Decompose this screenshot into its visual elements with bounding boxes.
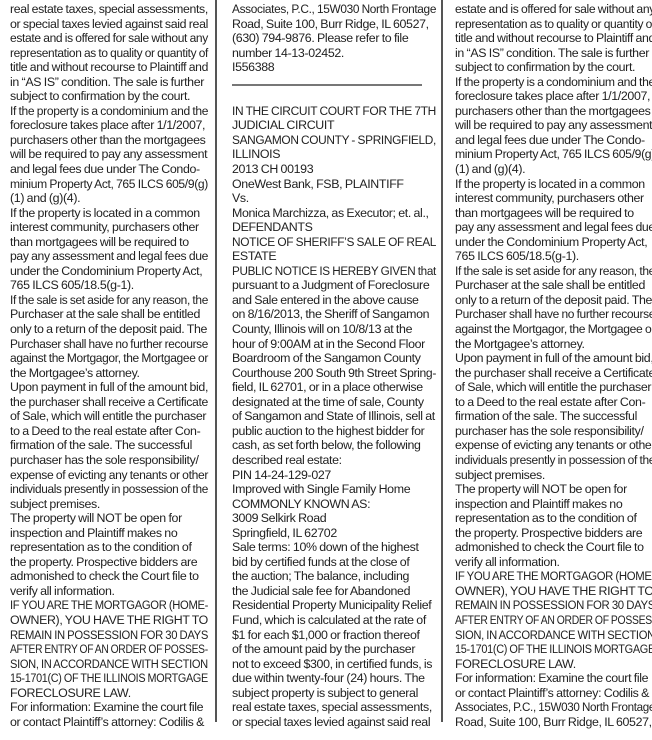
text-line: subject property is subject to general (232, 686, 418, 701)
text-line: pay any assessment and legal fees due (10, 249, 208, 264)
text-line: the purchaser shall receive a Certificat… (455, 366, 652, 381)
text-line: AFTER ENTRY OF AN ORDER OF POSSES- (10, 642, 208, 657)
text-line: will be required to pay any assessment (10, 147, 207, 162)
column-1-notice-text: real estate taxes, special assessments,o… (10, 2, 208, 729)
text-line: and Sale entered in the above cause (232, 293, 419, 308)
text-line: representation as to quality or quantity… (10, 46, 208, 61)
text-line: subject to confirmation by the court. (10, 89, 190, 104)
text-line: in “AS IS” condition. The sale is furthe… (10, 75, 204, 90)
text-line: (1) and (g)(4). (455, 162, 525, 177)
column-3-notice-text: estate and is offered for sale without a… (455, 2, 652, 729)
text-line: individuals presently in possession of t… (455, 453, 652, 468)
text-line: SION, IN ACCORDANCE WITH SECTION (10, 657, 208, 672)
text-line: ESTATE (232, 249, 276, 264)
text-line: OneWest Bank, FSB, PLAINTIFF (232, 177, 404, 192)
text-line: If the property is a condominium and the (10, 104, 208, 119)
text-line: of Sale, which will entitle the purchase… (455, 380, 651, 395)
text-line: verify all information. (10, 584, 115, 599)
text-line: the property. Prospective bidders are (455, 526, 642, 541)
text-line: FORECLOSURE LAW. (10, 686, 131, 701)
text-line: firmation of the sale. The successful (455, 409, 637, 424)
text-line: individuals presently in possession of t… (10, 482, 208, 497)
text-line: REMAIN IN POSSESSION FOR 30 DAYS (455, 598, 652, 613)
text-line: of Sangamon and State of Illinois, sell … (232, 409, 435, 424)
text-line: minium Property Act, 765 ILCS 605/9(g) (455, 147, 652, 162)
text-line: Road, Suite 100, Burr Ridge, IL 60527, (455, 715, 652, 730)
text-line: expense of evicting any tenants or other (455, 438, 652, 453)
text-line: Purchaser at the sale shall be entitled (10, 307, 200, 322)
text-line: field, IL 62701, or in a place otherwise (232, 380, 423, 395)
legal-notices-page: real estate taxes, special assessments,o… (0, 0, 652, 740)
text-line: If the property is a condominium and the (455, 75, 652, 90)
text-line: due within twenty-four (24) hours. The (232, 671, 425, 686)
text-line: estate and is offered for sale without a… (455, 2, 652, 17)
text-line: not to exceed $300, in certified funds, … (232, 657, 432, 672)
text-line: described real estate: (232, 453, 342, 468)
text-line: subject to confirmation by the court. (455, 60, 635, 75)
text-line: or contact Plaintiff’s attorney: Codilis… (10, 715, 204, 730)
text-line: inspection and Plaintiff makes no (10, 526, 177, 541)
text-line: real estate taxes, special assessments, (10, 2, 208, 17)
text-line: The property will NOT be open for (10, 511, 182, 526)
text-line: of Sale, which will entitle the purchase… (10, 409, 206, 424)
text-line: than mortgagees will be required to (455, 206, 634, 221)
text-line: designated at the time of sale, County (232, 395, 424, 410)
text-line: $1 for each $1,000 or fraction thereof (232, 628, 420, 643)
text-line: will be required to pay any assessment (455, 118, 652, 133)
text-line: title and without recourse to Plaintiff … (10, 60, 208, 75)
text-line: admonished to check the Court file to (10, 569, 199, 584)
text-line: For information: Examine the court file (455, 671, 648, 686)
column-divider-1 (215, 0, 217, 722)
text-line: PUBLIC NOTICE IS HEREBY GIVEN that (232, 264, 436, 279)
text-line: Road, Suite 100, Burr Ridge, IL 60527, (232, 17, 429, 32)
text-line: interest community, purchasers other (10, 220, 199, 235)
text-line: ILLINOIS (232, 147, 280, 162)
text-line: the Mortgagee’s attorney. (10, 366, 140, 381)
text-line: firmation of the sale. The successful (10, 438, 192, 453)
text-line: only to a return of the deposit paid. Th… (10, 322, 207, 337)
notice-separator-rule (232, 84, 422, 86)
text-line: PIN 14-24-129-027 (232, 468, 331, 483)
text-line: Improved with Single Family Home (232, 482, 410, 497)
previous-notice-ending: Associates, P.C., 15W030 North FrontageR… (232, 2, 436, 75)
text-line: representation as to the condition of (10, 540, 192, 555)
text-line: 3009 Selkirk Road (232, 511, 326, 526)
text-line: the property. Prospective bidders are (10, 555, 197, 570)
text-line: OWNER), YOU HAVE THE RIGHT TO (10, 613, 208, 628)
text-line: to a Deed to the real estate after Con- (10, 424, 200, 439)
text-line: If the sale is set aside for any reason,… (10, 293, 208, 308)
text-line: County, Illinois will on 10/8/13 at the (232, 322, 412, 337)
text-line: 765 ILCS 605/18.5(g-1). (455, 249, 579, 264)
text-line: in “AS IS” condition. The sale is furthe… (455, 46, 649, 61)
text-line: against the Mortgagor, the Mortgagee or (455, 322, 652, 337)
text-line: Vs. (232, 191, 249, 206)
text-line: (1) and (g)(4). (10, 191, 80, 206)
text-line: JUDICIAL CIRCUIT (232, 118, 334, 133)
text-line: Associates, P.C., 15W030 North Frontage (232, 2, 436, 17)
text-line: the auction; The balance, including (232, 569, 409, 584)
text-line: If the sale is set aside for any reason,… (455, 264, 652, 279)
text-line: on 8/16/2013, the Sheriff of Sangamon (232, 307, 429, 322)
text-line: AFTER ENTRY OF AN ORDER OF POSSES- (455, 613, 652, 628)
text-line: NOTICE OF SHERIFF’S SALE OF REAL (232, 235, 436, 250)
text-line: representation as to quality or quantity… (455, 17, 652, 32)
text-line: hour of 9:00AM at in the Second Floor (232, 337, 425, 352)
text-line: COMMONLY KNOWN AS: (232, 497, 370, 512)
text-line: number 14-13-02452. (232, 46, 344, 61)
text-line: IF YOU ARE THE MORTGAGOR (HOME- (455, 569, 652, 584)
text-line: subject premises. (10, 497, 100, 512)
column-divider-2 (441, 0, 443, 722)
text-line: of the amount paid by the purchaser (232, 642, 415, 657)
text-line: title and without recourse to Plaintiff … (455, 31, 652, 46)
text-line: to a Deed to the real estate after Con- (455, 395, 645, 410)
text-line: Residential Property Municipality Relief (232, 598, 431, 613)
text-line: DEFENDANTS (232, 220, 313, 235)
text-line: purchasers other than the mortgagees (10, 133, 205, 148)
text-line: estate and is offered for sale without a… (10, 31, 208, 46)
text-line: (630) 794-9876. Please refer to file (232, 31, 408, 46)
text-line: REMAIN IN POSSESSION FOR 30 DAYS (10, 628, 208, 643)
text-line: Courthouse 200 South 9th Street Spring- (232, 366, 436, 381)
text-line: Purchaser at the sale shall be entitled (455, 278, 645, 293)
text-line: inspection and Plaintiff makes no (455, 497, 622, 512)
text-line: the Judicial sale fee for Abandoned (232, 584, 410, 599)
text-line: FORECLOSURE LAW. (455, 657, 576, 672)
text-line: interest community, purchasers other (455, 191, 644, 206)
text-line: Fund, which is calculated at the rate of (232, 613, 426, 628)
text-line: If the property is located in a common (10, 206, 200, 221)
text-line: Purchaser shall have no further recourse (455, 307, 652, 322)
text-line: For information: Examine the court file (10, 700, 203, 715)
text-line: bid by certified funds at the close of (232, 555, 409, 570)
text-line: 15-1701(C) OF THE ILLINOIS MORTGAGE (455, 642, 652, 657)
text-line: real estate taxes, special assessments, (232, 700, 432, 715)
text-line: under the Condominium Property Act, (10, 264, 202, 279)
text-line: Upon payment in full of the amount bid, (10, 380, 208, 395)
text-line: Boardroom of the Sangamon County (232, 351, 421, 366)
text-line: Purchaser shall have no further recourse (10, 337, 208, 352)
text-line: cash, as set forth below, the following (232, 438, 421, 453)
text-line: I556388 (232, 60, 274, 75)
text-line: Associates, P.C., 15W030 North Frontage (455, 700, 652, 715)
text-line: Monica Marchizza, as Executor; et. al., (232, 206, 429, 221)
text-line: admonished to check the Court file to (455, 540, 644, 555)
text-line: SANGAMON COUNTY - SPRINGFIELD, (232, 133, 436, 148)
text-line: If the property is located in a common (455, 177, 645, 192)
text-line: 765 ILCS 605/18.5(g-1). (10, 278, 134, 293)
sheriff-sale-notice: IN THE CIRCUIT COURT FOR THE 7THJUDICIAL… (232, 104, 436, 730)
text-line: representation as to the condition of (455, 511, 637, 526)
text-line: purchaser has the sole responsibility/ (455, 424, 644, 439)
text-line: and legal fees due under The Condo- (10, 162, 200, 177)
text-line: OWNER), YOU HAVE THE RIGHT TO (455, 584, 652, 599)
text-line: or special taxes levied against said rea… (10, 17, 208, 32)
text-line: Sale terms: 10% down of the highest (232, 540, 419, 555)
text-line: or contact Plaintiff’s attorney: Codilis… (455, 686, 649, 701)
separator-gap-bottom (232, 89, 436, 104)
text-line: expense of evicting any tenants or other (10, 468, 208, 483)
text-line: the purchaser shall receive a Certificat… (10, 395, 208, 410)
text-line: than mortgagees will be required to (10, 235, 189, 250)
text-line: or special taxes levied against said rea… (232, 715, 430, 730)
text-line: public auction to the highest bidder for (232, 424, 424, 439)
text-line: SION, IN ACCORDANCE WITH SECTION (455, 628, 652, 643)
text-line: and legal fees due under The Condo- (455, 133, 645, 148)
text-line: foreclosure takes place after 1/1/2007, (10, 118, 205, 133)
text-line: IN THE CIRCUIT COURT FOR THE 7TH (232, 104, 436, 119)
separator-gap-top (232, 75, 436, 90)
text-line: subject premises. (455, 468, 545, 483)
text-line: 2013 CH 00193 (232, 162, 313, 177)
text-line: The property will NOT be open for (455, 482, 627, 497)
text-line: 15-1701(C) OF THE ILLINOIS MORTGAGE (10, 671, 208, 686)
text-line: verify all information. (455, 555, 560, 570)
text-line: the Mortgagee’s attorney. (455, 337, 585, 352)
text-line: IF YOU ARE THE MORTGAGOR (HOME- (10, 598, 208, 613)
text-line: Upon payment in full of the amount bid, (455, 351, 652, 366)
text-line: foreclosure takes place after 1/1/2007, (455, 89, 650, 104)
column-2-notice-text: Associates, P.C., 15W030 North FrontageR… (232, 2, 436, 729)
text-line: purchasers other than the mortgagees (455, 104, 650, 119)
text-line: minium Property Act, 765 ILCS 605/9(g) (10, 177, 208, 192)
text-line: against the Mortgagor, the Mortgagee or (10, 351, 208, 366)
text-line: purchaser has the sole responsibility/ (10, 453, 199, 468)
text-line: pay any assessment and legal fees due (455, 220, 652, 235)
text-line: Springfield, IL 62702 (232, 526, 337, 541)
text-line: under the Condominium Property Act, (455, 235, 647, 250)
text-line: only to a return of the deposit paid. Th… (455, 293, 652, 308)
text-line: pursuant to a Judgment of Foreclosure (232, 278, 429, 293)
